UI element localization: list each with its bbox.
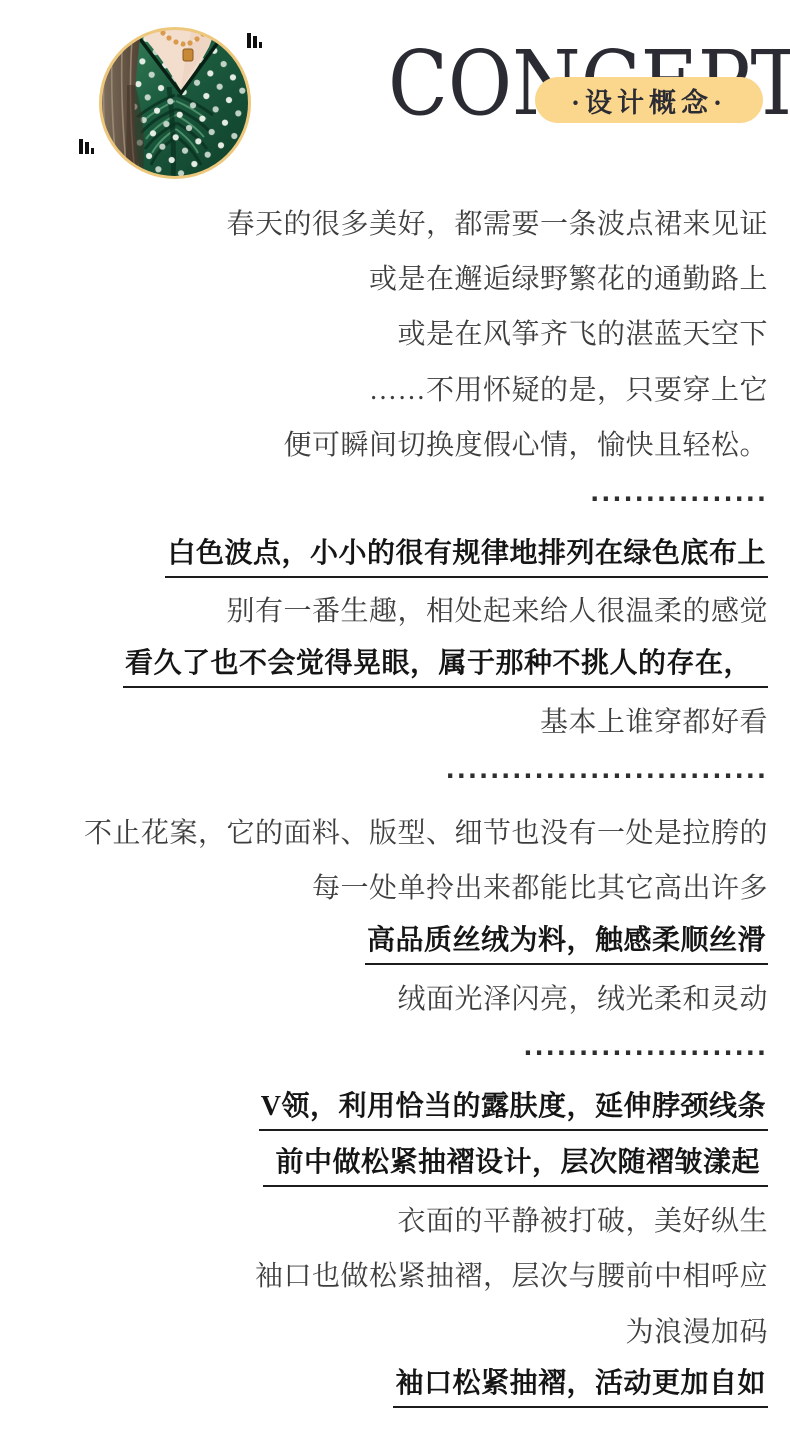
text-line-emphasis: 看久了也不会觉得晃眼，属于那种不挑人的存在，	[0, 637, 768, 692]
page: CONCEPT ·设计概念· 春天的很多美好，都需要一条波点裙来见证 或是在邂逅…	[0, 0, 790, 1443]
text-line: ……不用怀疑的是，只要穿上它	[0, 360, 768, 415]
text-line: 基本上谁穿都好看	[0, 693, 768, 748]
separator-dots: .............................	[0, 748, 768, 803]
text-line: 别有一番生趣，相处起来给人很温柔的感觉	[0, 582, 768, 637]
section-badge: ·设计概念·	[535, 77, 763, 123]
product-photo-circle	[97, 25, 253, 181]
text-line-emphasis: 白色波点，小小的很有规律地排列在绿色底布上	[0, 526, 768, 581]
separator-dots: ................	[0, 471, 768, 526]
dress-closeup-image	[97, 25, 253, 181]
separator-dots: ......................	[0, 1025, 768, 1080]
text-line: 便可瞬间切换度假心情，愉快且轻松。	[0, 416, 768, 471]
text-line: 每一处单拎出来都能比其它高出许多	[0, 859, 768, 914]
text-line: 衣面的平静被打破，美好纵生	[0, 1191, 768, 1246]
text-line: 不止花案，它的面料、版型、细节也没有一处是拉胯的	[0, 803, 768, 858]
body-copy: 春天的很多美好，都需要一条波点裙来见证 或是在邂逅绿野繁花的通勤路上 或是在风筝…	[0, 194, 768, 1413]
text-line-emphasis: 袖口松紧抽褶，活动更加自如	[0, 1357, 768, 1412]
text-line-emphasis: 高品质丝绒为料，触感柔顺丝滑	[0, 914, 768, 969]
text-line: 或是在风筝齐飞的湛蓝天空下	[0, 305, 768, 360]
text-line: 春天的很多美好，都需要一条波点裙来见证	[0, 194, 768, 249]
text-line: 或是在邂逅绿野繁花的通勤路上	[0, 249, 768, 304]
text-line: 绒面光泽闪亮，绒光柔和灵动	[0, 969, 768, 1024]
text-line: 为浪漫加码	[0, 1302, 768, 1357]
text-line: 袖口也做松紧抽褶，层次与腰前中相呼应	[0, 1246, 768, 1301]
text-line-emphasis: 前中做松紧抽褶设计，层次随褶皱漾起	[0, 1136, 768, 1191]
section-badge-label: ·设计概念·	[571, 81, 727, 120]
sound-bars-icon	[79, 139, 94, 154]
text-line-emphasis: V领，利用恰当的露肤度，延伸脖颈线条	[0, 1080, 768, 1135]
